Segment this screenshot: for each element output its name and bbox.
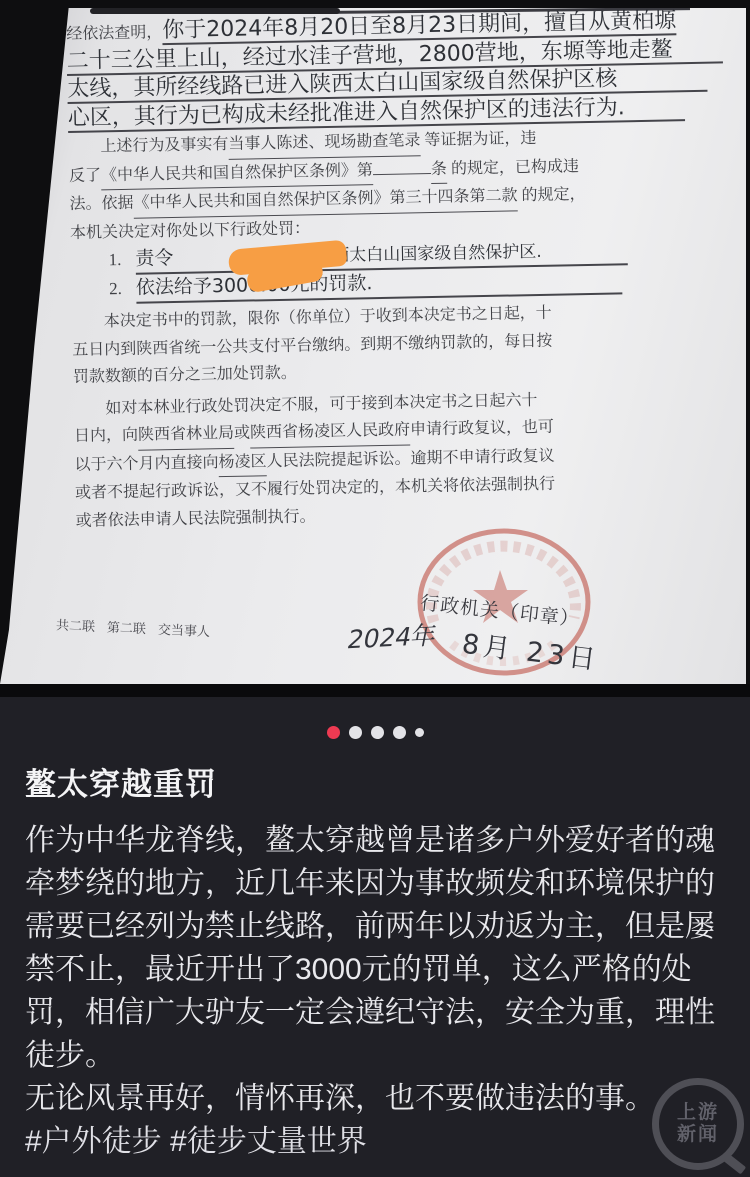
post-title: 鳌太穿越重罚 <box>25 759 217 804</box>
document-text: 经依法查明，你于2024年8月20日至8月23日期间，擅自从黄柏塬 二十三公里上… <box>66 8 716 535</box>
post-content: 鳌太穿越重罚 作为中华龙脊线，鳌太穿越曾是诸多户外爱好者的魂 牵梦绕的地方，近几… <box>0 697 750 1177</box>
evidence-fill: 当事人陈述、现场勘查笔录 <box>228 127 421 159</box>
body-line: 禁不止，最近开出了3000元的罚单，这么严格的处 <box>25 948 727 991</box>
carousel-dot[interactable] <box>371 726 384 739</box>
document-photo[interactable]: 经依法查明，你于2024年8月20日至8月23日期间，擅自从黄柏塬 二十三公里上… <box>0 0 750 697</box>
document-paper: 经依法查明，你于2024年8月20日至8月23日期间，擅自从黄柏塬 二十三公里上… <box>0 8 746 684</box>
photo-top-smudge <box>90 8 340 14</box>
body-line: 牵梦绕的地方，近几年来因为事故频发和环境保护的 <box>25 862 727 905</box>
handwritten-year: 2024年 <box>345 615 441 656</box>
carousel-dot[interactable] <box>393 726 406 739</box>
watermark-text: 上游 新闻 <box>652 1078 744 1170</box>
carousel-dot[interactable] <box>349 726 362 739</box>
carousel-indicator <box>0 726 750 739</box>
body-line-2: 无论风景再好，情怀再深，也不要做违法的事。 <box>25 1077 727 1120</box>
photo-bottom-edge <box>0 684 750 697</box>
body-line: 需要已经列为禁止线路，前两年以劝返为主，但是屡 <box>25 905 727 948</box>
carousel-dot[interactable] <box>415 728 424 737</box>
review-org-1: 陕西省林业局 <box>138 420 235 450</box>
doc-intro-label: 经依法查明， <box>66 24 162 43</box>
court-name: 杨凌区 <box>218 448 267 477</box>
post-body: 作为中华龙脊线，鳌太穿越曾是诸多户外爱好者的魂 牵梦绕的地方，近几年来因为事故频… <box>25 819 727 1163</box>
body-line: 罚，相信广大驴友一定会遵纪守法，安全为重，理性 <box>25 991 727 1034</box>
review-org-2: 陕西省杨凌区人民政府 <box>250 416 411 448</box>
hashtags[interactable]: #户外徒步 #徒步丈量世界 <box>25 1120 727 1163</box>
carousel-dot-active[interactable] <box>327 726 340 739</box>
news-watermark-logo: 上游 新闻 <box>652 1078 744 1170</box>
copies-note: 共二联第二联交当事人 <box>56 614 223 640</box>
blank-article-number <box>373 158 431 175</box>
post-screen: 经依法查明，你于2024年8月20日至8月23日期间，擅自从黄柏塬 二十三公里上… <box>0 0 750 1177</box>
body-line: 徒步。 <box>25 1034 727 1077</box>
body-line: 作为中华龙脊线，鳌太穿越曾是诸多户外爱好者的魂 <box>25 819 727 862</box>
